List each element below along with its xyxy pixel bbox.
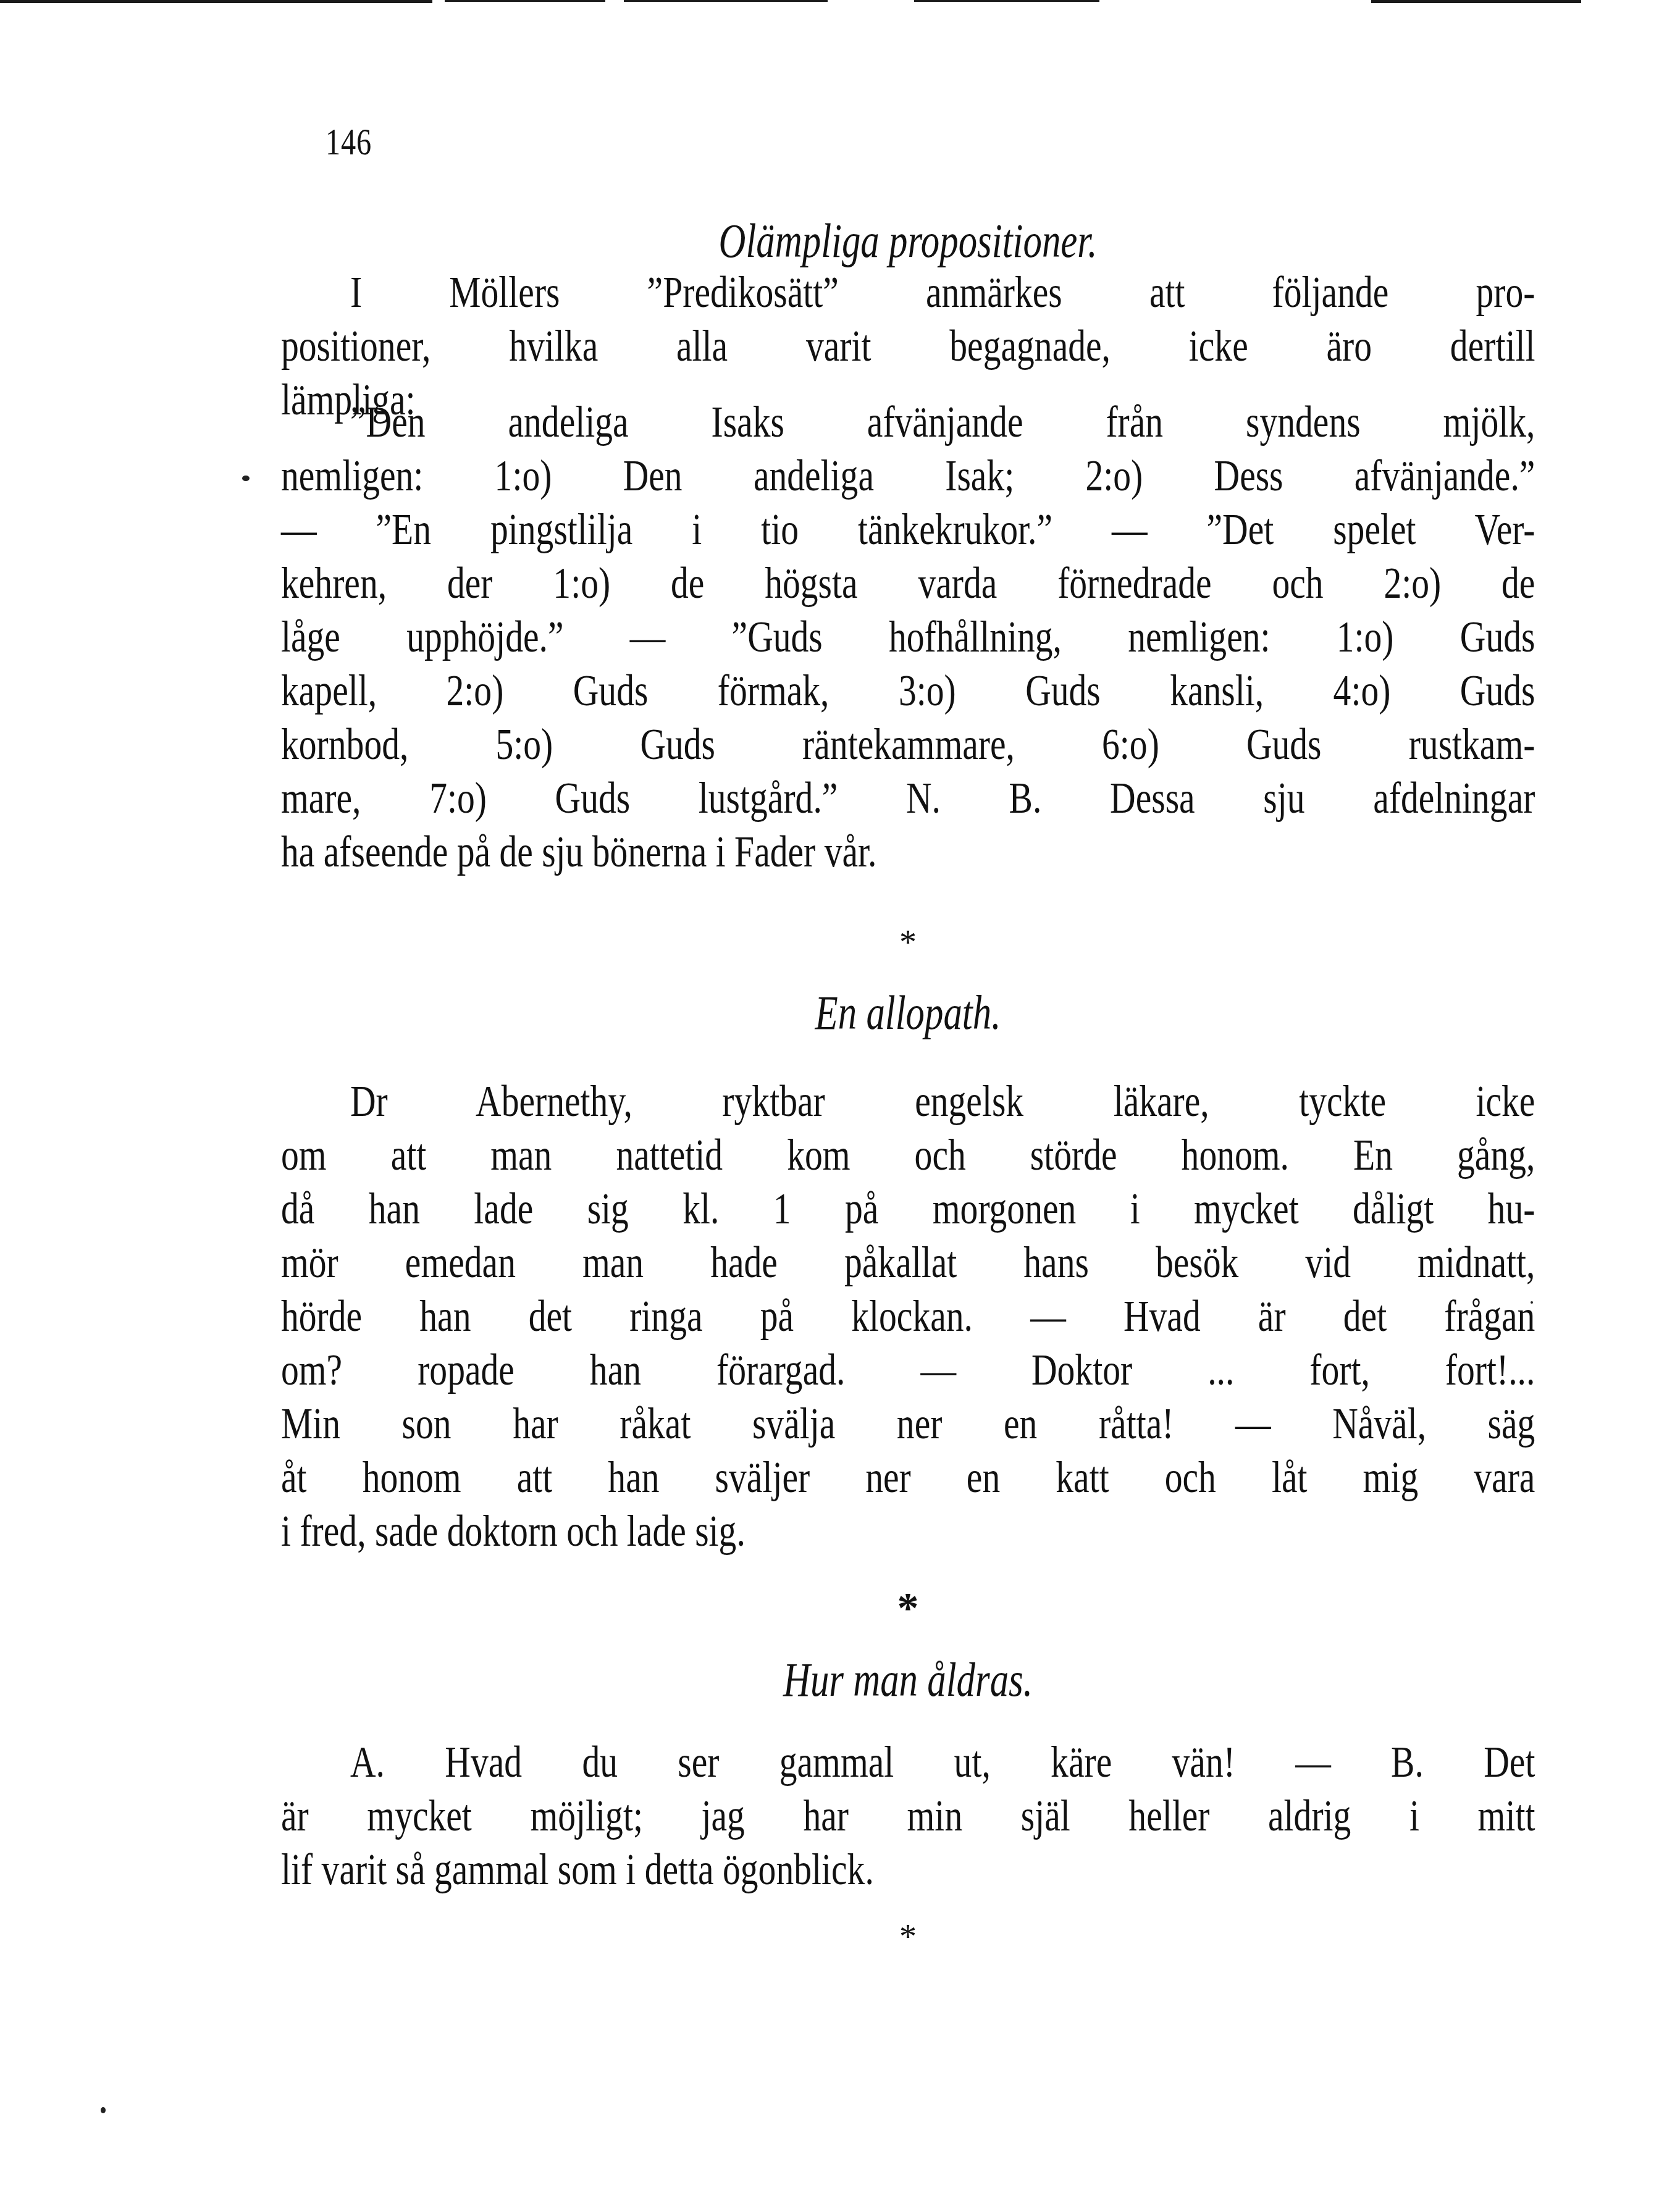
text-line: hörde han det ringa på klockan. — Hvad ä… bbox=[281, 1289, 1535, 1343]
text-line: mare, 7:o) Guds lustgård.” N. B. Dessa s… bbox=[281, 771, 1535, 825]
scan-speck bbox=[1531, 1301, 1533, 1304]
section-separator-asterisk: * bbox=[281, 1918, 1535, 1957]
text-line: låge upphöjde.” — ”Guds hofhållning, nem… bbox=[281, 610, 1535, 664]
section-title-olampliga-propositioner: Olämpliga propositioner. bbox=[419, 213, 1396, 269]
text-line: kapell, 2:o) Guds förmak, 3:o) Guds kans… bbox=[281, 664, 1535, 718]
text-line: nemligen: 1:o) Den andeliga Isak; 2:o) D… bbox=[281, 449, 1535, 503]
text-line: kehren, der 1:o) de högsta varda förnedr… bbox=[281, 556, 1535, 610]
text-line: kornbod, 5:o) Guds räntekammare, 6:o) Gu… bbox=[281, 718, 1535, 771]
text-line: lif varit så gammal som i detta ögonblic… bbox=[281, 1843, 1535, 1897]
text-line: I Möllers ”Predikosätt” anmärkes att föl… bbox=[281, 266, 1535, 319]
scan-speck bbox=[101, 2107, 106, 2113]
text-line: Min son har råkat svälja ner en råtta! —… bbox=[281, 1397, 1535, 1451]
scan-speck bbox=[242, 476, 250, 481]
scan-top-edge bbox=[0, 0, 1680, 4]
text-line: om? ropade han förargad. — Doktor ... fo… bbox=[281, 1343, 1535, 1397]
text-line: A. Hvad du ser gammal ut, käre vän! — B.… bbox=[281, 1735, 1535, 1789]
section-separator-asterisk: * bbox=[281, 923, 1535, 963]
text-line: — ”En pingstlilja i tio tänkekrukor.” — … bbox=[281, 503, 1535, 556]
text-line: då han lade sig kl. 1 på morgonen i myck… bbox=[281, 1182, 1535, 1236]
text-line: i fred, sade doktorn och lade sig. bbox=[281, 1504, 1535, 1558]
text-line: är mycket möjligt; jag har min själ hell… bbox=[281, 1789, 1535, 1843]
section-separator-asterisk: * bbox=[281, 1584, 1535, 1633]
page-number: 146 bbox=[325, 120, 372, 164]
text-line: åt honom att han sväljer ner en katt och… bbox=[281, 1451, 1535, 1504]
text-line: ha afseende på de sju bönerna i Fader vå… bbox=[281, 825, 1535, 879]
paragraph: Dr Abernethy, ryktbar engelsk läkare, ty… bbox=[281, 1075, 1535, 1558]
text-line: Dr Abernethy, ryktbar engelsk läkare, ty… bbox=[281, 1075, 1535, 1128]
text-line: om att man nattetid kom och störde honom… bbox=[281, 1128, 1535, 1182]
text-line: positioner, hvilka alla varit begagnade,… bbox=[281, 319, 1535, 373]
text-line: mör emedan man hade påkallat hans besök … bbox=[281, 1236, 1535, 1289]
paragraph: ”Den andeliga Isaks afvänjande från synd… bbox=[281, 395, 1535, 879]
section-title-hur-man-aldras: Hur man åldras. bbox=[419, 1652, 1396, 1708]
text-line: ”Den andeliga Isaks afvänjande från synd… bbox=[281, 395, 1535, 449]
section-title-en-allopath: En allopath. bbox=[419, 985, 1396, 1041]
paragraph: A. Hvad du ser gammal ut, käre vän! — B.… bbox=[281, 1735, 1535, 1897]
